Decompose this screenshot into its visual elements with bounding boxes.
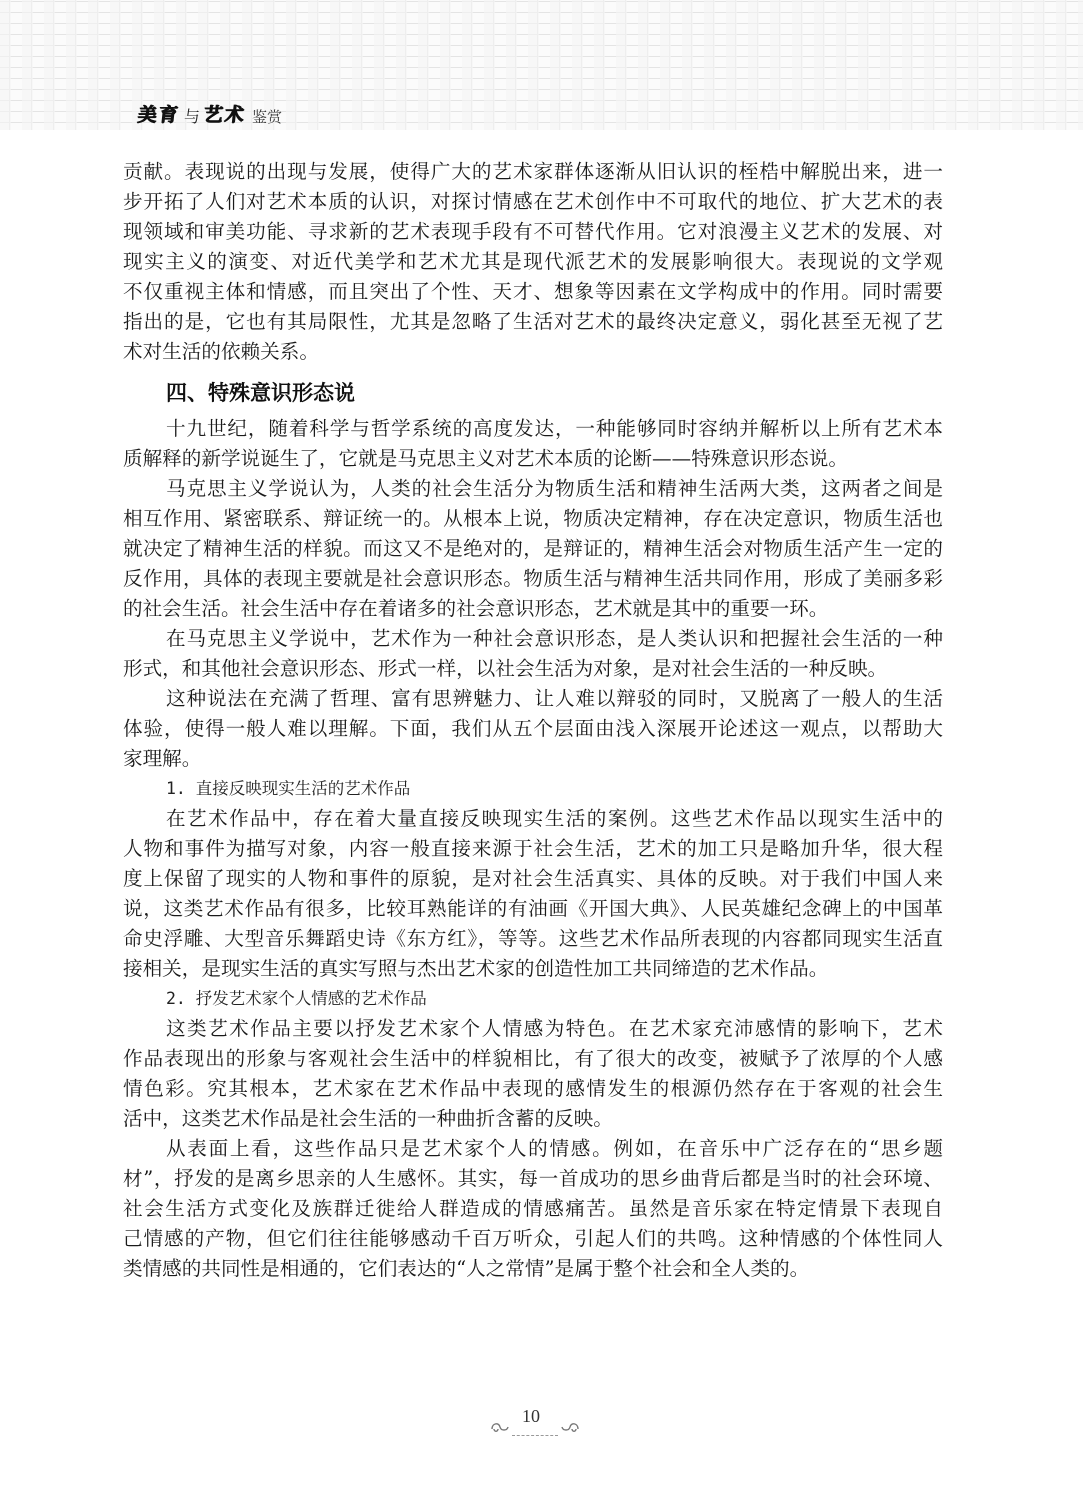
text-line: 不仅重视主体和情感，而且突出了个性、天才、想象等因素在文学构成中的作用。同时需要 <box>123 277 943 307</box>
text-line: 相互作用、紧密联系、辩证统一的。从根本上说，物质决定精神，存在决定意识，物质生活… <box>123 504 943 534</box>
book-title-connector: 与 <box>184 104 200 127</box>
text-line: 就决定了精神生活的样貌。而这又不是绝对的，是辩证的，精神生活会对物质生活产生一定… <box>123 534 943 564</box>
text-line: 人物和事件为描写对象，内容一般直接来源于社会生活，艺术的加工只是略加升华，很大程 <box>123 834 943 864</box>
text-line: 步开拓了人们对艺术本质的认识，对探讨情感在艺术创作中不可取代的地位、扩大艺术的表 <box>123 187 943 217</box>
text-line: 的社会生活。社会生活中存在着诸多的社会意识形态，艺术就是其中的重要一环。 <box>123 594 943 624</box>
paragraph-4: 这种说法在充满了哲理、富有思辨魅力、让人难以辩驳的同时，又脱离了一般人的生活 体… <box>123 684 943 774</box>
text-line: 马克思主义学说认为，人类的社会生活分为物质生活和精神生活两大类，这两者之间是 <box>123 474 943 504</box>
subheading-1: 1. 直接反映现实生活的艺术作品 <box>123 774 943 804</box>
subheading-2: 2. 抒发艺术家个人情感的艺术作品 <box>123 984 943 1014</box>
text-line: 贡献。表现说的出现与发展，使得广大的艺术家群体逐渐从旧认识的桎梏中解脱出来，进一 <box>123 157 943 187</box>
text-line: 社会生活方式变化及族群迁徙给人群造成的情感痛苦。虽然是音乐家在特定情景下表现自 <box>123 1194 943 1224</box>
text-line: 作品表现出的形象与客观社会生活中的样貌相比，有了很大的改变，被赋予了浓厚的个人感 <box>123 1044 943 1074</box>
paragraph-intro: 贡献。表现说的出现与发展，使得广大的艺术家群体逐渐从旧认识的桎梏中解脱出来，进一… <box>123 157 943 367</box>
text-line: 反作用，具体的表现主要就是社会意识形态。物质生活与精神生活共同作用，形成了美丽多… <box>123 564 943 594</box>
book-title-part1: 美育 <box>137 100 182 127</box>
text-line: 家理解。 <box>123 744 943 774</box>
text-line: 说，这类艺术作品有很多，比较耳熟能详的有油画《开国大典》、人民英雄纪念碑上的中国… <box>123 894 943 924</box>
text-line: 命史浮雕、大型音乐舞蹈史诗《东方红》，等等。这些艺术作品所表现的内容都同现实生活… <box>123 924 943 954</box>
text-line: 这类艺术作品主要以抒发艺术家个人情感为特色。在艺术家充沛感情的影响下，艺术 <box>123 1014 943 1044</box>
text-line: 现领域和审美功能、寻求新的艺术表现手段有不可替代作用。它对浪漫主义艺术的发展、对 <box>123 217 943 247</box>
paragraph-7: 从表面上看，这些作品只是艺术家个人的情感。例如，在音乐中广泛存在的“思乡题 材”… <box>123 1134 943 1284</box>
text-line: 度上保留了现实的人物和事件的原貌，是对社会生活真实、具体的反映。对于我们中国人来 <box>123 864 943 894</box>
book-title-suffix: 鉴赏 <box>252 106 282 127</box>
paragraph-5: 在艺术作品中，存在着大量直接反映现实生活的案例。这些艺术作品以现实生活中的 人物… <box>123 804 943 984</box>
text-line: 这种说法在充满了哲理、富有思辨魅力、让人难以辩驳的同时，又脱离了一般人的生活 <box>123 684 943 714</box>
text-line: 类情感的共同性是相通的，它们表达的“人之常情”是属于整个社会和全人类的。 <box>123 1254 943 1284</box>
ornament-left-icon <box>490 1419 510 1438</box>
page-body: 贡献。表现说的出现与发展，使得广大的艺术家群体逐渐从旧认识的桎梏中解脱出来，进一… <box>123 157 943 1284</box>
paragraph-3: 在马克思主义学说中，艺术作为一种社会意识形态，是人类认识和把握社会生活的一种 形… <box>123 624 943 684</box>
text-line: 在马克思主义学说中，艺术作为一种社会意识形态，是人类认识和把握社会生活的一种 <box>123 624 943 654</box>
text-line: 体验，使得一般人难以理解。下面，我们从五个层面由浅入深展开论述这一观点，以帮助大 <box>123 714 943 744</box>
text-line: 术对生活的依赖关系。 <box>123 337 943 367</box>
text-line: 己情感的产物，但它们往往能够感动千百万听众，引起人们的共鸣。这种情感的个体性同人 <box>123 1224 943 1254</box>
text-line: 情色彩。究其根本，艺术家在艺术作品中表现的感情发生的根源仍然存在于客观的社会生 <box>123 1074 943 1104</box>
text-line: 十九世纪，随着科学与哲学系统的高度发达，一种能够同时容纳并解析以上所有艺术本 <box>123 414 943 444</box>
text-line: 从表面上看，这些作品只是艺术家个人的情感。例如，在音乐中广泛存在的“思乡题 <box>123 1134 943 1164</box>
running-header-book-title: 美育 与 艺术 鉴赏 <box>138 101 282 127</box>
page-number-footer: 10 <box>490 1402 580 1442</box>
paragraph-2: 马克思主义学说认为，人类的社会生活分为物质生活和精神生活两大类，这两者之间是 相… <box>123 474 943 624</box>
ornament-right-icon <box>560 1419 580 1438</box>
text-line: 质解释的新学说诞生了，它就是马克思主义对艺术本质的论断——特殊意识形态说。 <box>123 444 943 474</box>
text-line: 现实主义的演变、对近代美学和艺术尤其是现代派艺术的发展影响很大。表现说的文学观 <box>123 247 943 277</box>
page-number-dotted-rule <box>512 1435 558 1436</box>
book-title-part2: 艺术 <box>203 100 248 127</box>
text-line: 在艺术作品中，存在着大量直接反映现实生活的案例。这些艺术作品以现实生活中的 <box>123 804 943 834</box>
page-number: 10 <box>522 1406 540 1427</box>
text-line: 活中，这类艺术作品是社会生活的一种曲折含蓄的反映。 <box>123 1104 943 1134</box>
text-line: 指出的是，它也有其局限性，尤其是忽略了生活对艺术的最终决定意义，弱化甚至无视了艺 <box>123 307 943 337</box>
text-line: 接相关，是现实生活的真实写照与杰出艺术家的创造性加工共同缔造的艺术作品。 <box>123 954 943 984</box>
text-line: 材”，抒发的是离乡思亲的人生感怀。其实，每一首成功的思乡曲背后都是当时的社会环境… <box>123 1164 943 1194</box>
text-line: 形式，和其他社会意识形态、形式一样，以社会生活为对象，是对社会生活的一种反映。 <box>123 654 943 684</box>
paragraph-1: 十九世纪，随着科学与哲学系统的高度发达，一种能够同时容纳并解析以上所有艺术本 质… <box>123 414 943 474</box>
section-heading: 四、特殊意识形态说 <box>123 378 943 408</box>
paragraph-6: 这类艺术作品主要以抒发艺术家个人情感为特色。在艺术家充沛感情的影响下，艺术 作品… <box>123 1014 943 1134</box>
